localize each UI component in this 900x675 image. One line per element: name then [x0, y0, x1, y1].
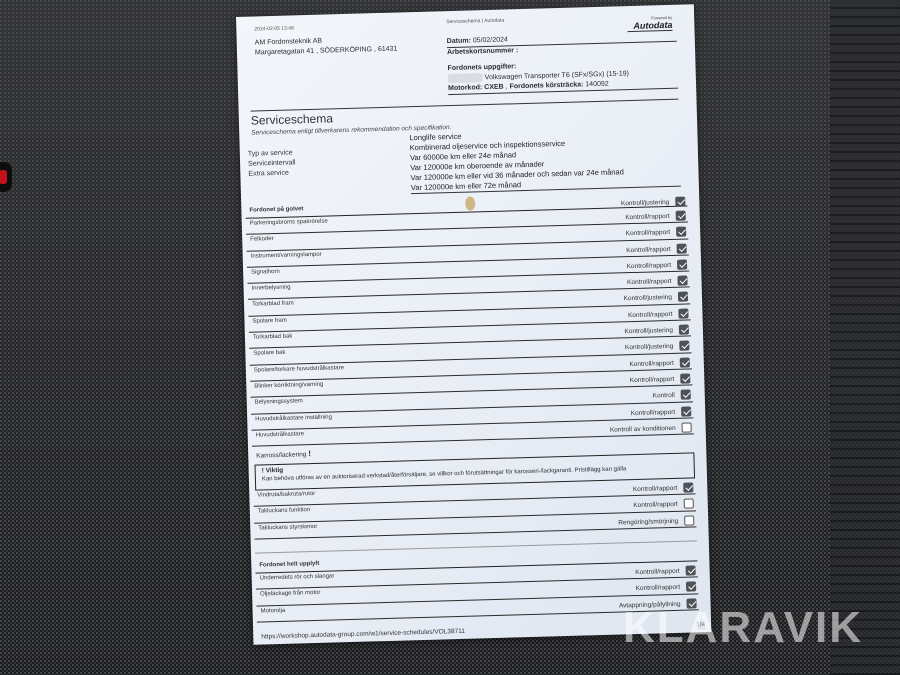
item-action: Kontroll/rapport: [631, 408, 676, 416]
item-name: Takluckans styrskenor: [258, 524, 317, 532]
item-name: Spolare/torkare huvudstrålkastare: [254, 365, 344, 374]
checkbox-unchecked[interactable]: [684, 499, 694, 509]
item-name: Motorolja: [261, 607, 286, 614]
checkbox-checked[interactable]: [685, 565, 695, 575]
redacted-box: [448, 73, 483, 83]
item-name: Belysningssystem: [255, 399, 303, 406]
engine-code: CXEB: [484, 84, 504, 92]
date-value: 05/02/2024: [473, 36, 508, 44]
checkbox-checked[interactable]: [683, 483, 693, 493]
schedule-label: Extra service: [248, 170, 289, 178]
watermark: KLARAVIK: [623, 603, 863, 653]
item-name: Takluckans funktion: [258, 508, 311, 515]
item-name: Signalhorn: [251, 269, 280, 276]
item-name: Huvudstrålkastare inställning: [255, 414, 332, 422]
item-name: Torkarblad bak: [253, 334, 293, 341]
item-action: Kontroll/rapport: [630, 376, 675, 384]
schedule-value: Longlife service: [409, 132, 461, 142]
checkbox-unchecked[interactable]: [681, 422, 691, 432]
schedule-label: Serviceintervall: [248, 159, 296, 167]
date-label: Datum:: [447, 37, 471, 45]
checkbox-checked[interactable]: [678, 308, 688, 318]
item-action: Kontroll/rapport: [635, 568, 680, 576]
checkbox-checked[interactable]: [681, 406, 691, 416]
schedule-label: Typ av service: [248, 149, 293, 157]
warning-icon: !: [308, 449, 311, 458]
item-action: Kontroll/rapport: [627, 278, 672, 286]
checklist: Fordonet på golvet Kontroll/justering Pa…: [245, 192, 698, 622]
section-title: Fordonet helt upplyft: [259, 561, 319, 569]
checkbox-checked[interactable]: [675, 197, 685, 207]
vehicle-meta: Datum: 05/02/2024 Arbetskortsnummer : Fo…: [447, 31, 679, 96]
item-name: Spolare fram: [252, 317, 287, 324]
item-action: Kontroll/rapport: [627, 262, 672, 270]
checkbox-checked[interactable]: [677, 259, 687, 269]
red-indicator-light: [0, 162, 12, 192]
item-name: Spolare bak: [253, 350, 285, 357]
checkbox-checked[interactable]: [686, 582, 696, 592]
checkbox-checked[interactable]: [681, 390, 691, 400]
item-action: Rengöring/smörjning: [618, 518, 678, 527]
schedule-rows: Longlife serviceTyp av serviceKombinerad…: [236, 4, 694, 17]
item-name: Torkarblad fram: [252, 301, 294, 308]
item-name: Felkoder: [250, 236, 274, 243]
checkbox-checked[interactable]: [680, 357, 690, 367]
checkbox-checked[interactable]: [679, 325, 689, 335]
checkbox-checked[interactable]: [677, 276, 687, 286]
checkbox-checked[interactable]: [676, 227, 686, 237]
item-action: Kontroll/justering: [621, 199, 670, 207]
divider: [251, 99, 679, 112]
item-action: Kontroll/rapport: [636, 584, 681, 592]
seat-fabric-right: [830, 0, 900, 675]
workcard-label: Arbetskortsnummer :: [447, 47, 518, 56]
schedule-title: Serviceschema: [251, 111, 333, 127]
checkbox-checked[interactable]: [679, 341, 689, 351]
service-schedule-paper: 2024-02-05 13:48 Serviceschema | Autodat…: [236, 4, 711, 645]
item-action: Kontroll/rapport: [626, 229, 671, 237]
item-name: Huvudstrålkastare: [256, 431, 305, 438]
floor-items: Parkeringsbroms spakrörelseKontroll/rapp…: [246, 206, 694, 446]
item-action: Kontroll/justering: [624, 294, 673, 302]
item-action: Kontroll/rapport: [633, 501, 678, 509]
header-title: Serviceschema | Autodata: [446, 18, 504, 26]
item-action: Kontroll/rapport: [629, 360, 674, 368]
checkbox-checked[interactable]: [680, 373, 690, 383]
item-name: Vindruta/bakruta/rutor: [257, 491, 315, 499]
kaross-label: Karross/lackering: [256, 451, 306, 459]
checkbox-checked[interactable]: [678, 292, 688, 302]
checkbox-checked[interactable]: [676, 211, 686, 221]
print-timestamp: 2024-02-05 13:48: [254, 25, 294, 32]
item-name: Instrument/varningslampor: [251, 251, 322, 259]
item-action: Kontroll/rapport: [625, 213, 670, 221]
mileage-label: Fordonets körsträcka:: [509, 82, 583, 91]
engine-code-label: Motorkod:: [448, 84, 482, 92]
checkbox-checked[interactable]: [676, 243, 686, 253]
item-action: Kontroll/justering: [625, 343, 674, 351]
vehicle-info-label: Fordonets uppgifter:: [447, 63, 516, 72]
item-action: Kontroll/rapport: [633, 485, 678, 493]
item-action: Kontroll/rapport: [628, 311, 673, 319]
item-name: Underredets rör och slangar: [260, 574, 335, 582]
company-block: AM Fordonsteknik AB Margaretagatan 41 , …: [255, 35, 398, 59]
item-action: Kontroll/rapport: [626, 246, 671, 254]
item-name: Innerbelysning: [252, 285, 291, 292]
footer-url[interactable]: https://workshop.autodata-group.com/w1/s…: [261, 628, 465, 641]
mileage-value: 140092: [585, 81, 609, 89]
autodata-logo: Powered by Autodata: [627, 15, 672, 32]
item-action: Kontroll: [653, 392, 675, 400]
item-action: Kontroll av konditionen: [610, 425, 676, 434]
item-name: Oljeläckage från motor: [260, 590, 321, 598]
item-name: Blinker körriktning/varning: [254, 382, 323, 390]
section-title: Fordonet på golvet: [249, 206, 303, 214]
item-action: Kontroll/justering: [624, 327, 673, 335]
checkbox-unchecked[interactable]: [684, 515, 694, 525]
item-name: Parkeringsbroms spakrörelse: [250, 219, 328, 227]
